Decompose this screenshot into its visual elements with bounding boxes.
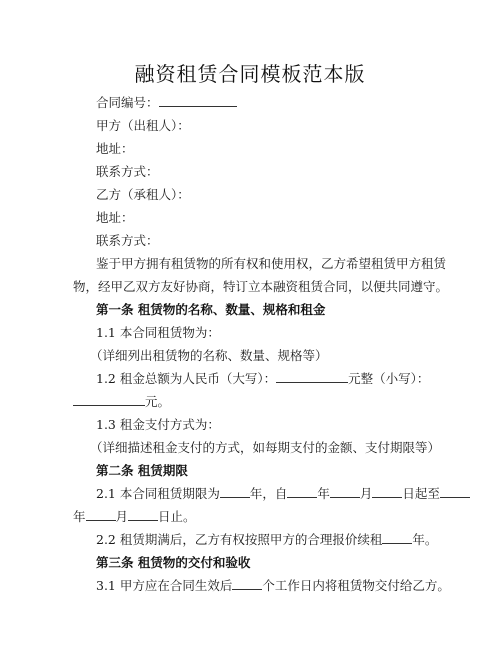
clause-3-1-text-b: 个工作日内将租赁物交付给乙方。 (262, 578, 450, 593)
renewal-years-blank (382, 532, 412, 544)
rent-amount-digits-blank (73, 394, 145, 406)
clause-1-1-note: （详细列出租赁物的名称、数量、规格等） (90, 348, 328, 364)
contract-number-blank (159, 95, 237, 107)
clause-1-2: 1.2 租金总额为人民币（大写）：元整（小写）： (96, 371, 429, 387)
clause-1-2-cont: 元。 (73, 394, 170, 410)
clause-2-1-text-h: 日止。 (158, 509, 196, 524)
party-b-address-label: 地址： (96, 210, 134, 226)
party-b-label: 乙方（承租人）： (96, 187, 190, 203)
clause-1-2-text-a: 1.2 租金总额为人民币（大写）： (96, 371, 276, 386)
clause-2-1-cont: 年月日止。 (73, 509, 196, 525)
party-a-contact-label: 联系方式： (96, 164, 159, 180)
clause-2-1: 2.1 本合同租赁期限为年，自年月日起至 (96, 486, 470, 502)
clause-2-1-text-c: 年 (317, 486, 330, 501)
end-day-blank (128, 509, 158, 521)
document-page: 融资租赁合同模板范本版 合同编号： 甲方（出租人）： 地址： 联系方式： 乙方（… (0, 0, 500, 647)
end-month-blank (86, 509, 116, 521)
clause-1-3: 1.3 租金支付方式为： (96, 417, 220, 433)
article-2-heading: 第二条 租赁期限 (96, 463, 188, 479)
clause-2-1-text-f: 年 (73, 509, 86, 524)
preamble-line-2: 物，经甲乙双方友好协商，特订立本融资租赁合同，以便共同遵守。 (73, 279, 448, 295)
start-year-blank (287, 486, 317, 498)
clause-2-1-text-g: 月 (116, 509, 129, 524)
article-1-heading: 第一条 租赁物的名称、数量、规格和租金 (96, 302, 325, 318)
contract-number-label: 合同编号： (96, 95, 159, 110)
clause-2-2: 2.2 租赁期满后，乙方有权按照甲方的合理报价续租年。 (96, 532, 437, 548)
clause-2-2-text-a: 2.2 租赁期满后，乙方有权按照甲方的合理报价续租 (96, 532, 382, 547)
preamble-line-1: 鉴于甲方拥有租赁物的所有权和使用权，乙方希望租赁甲方租赁 (96, 256, 446, 272)
party-b-contact-label: 联系方式： (96, 233, 159, 249)
rent-amount-words-blank (276, 371, 348, 383)
article-3-heading: 第三条 租赁物的交付和验收 (96, 555, 250, 571)
clause-1-2-text-b: 元整（小写）： (348, 371, 429, 386)
document-title: 融资租赁合同模板范本版 (0, 58, 500, 87)
start-month-blank (330, 486, 360, 498)
clause-3-1: 3.1 甲方应在合同生效后个工作日内将租赁物交付给乙方。 (96, 578, 450, 594)
clause-1-2-text-c: 元。 (145, 394, 170, 409)
delivery-days-blank (232, 578, 262, 590)
start-day-blank (372, 486, 402, 498)
contract-number-field: 合同编号： (96, 95, 237, 111)
clause-2-1-text-e: 日起至 (402, 486, 440, 501)
clause-2-1-text-b: 年，自 (250, 486, 288, 501)
end-year-blank (440, 486, 470, 498)
clause-2-2-text-b: 年。 (412, 532, 437, 547)
clause-2-1-text-a: 2.1 本合同租赁期限为 (96, 486, 220, 501)
party-a-address-label: 地址： (96, 141, 134, 157)
clause-2-1-text-d: 月 (360, 486, 373, 501)
party-a-label: 甲方（出租人）： (96, 118, 190, 134)
clause-1-3-note: （详细描述租金支付的方式，如每期支付的金额、支付期限等） (90, 440, 440, 456)
lease-years-blank (220, 486, 250, 498)
clause-3-1-text-a: 3.1 甲方应在合同生效后 (96, 578, 232, 593)
clause-1-1: 1.1 本合同租赁物为： (96, 325, 220, 341)
